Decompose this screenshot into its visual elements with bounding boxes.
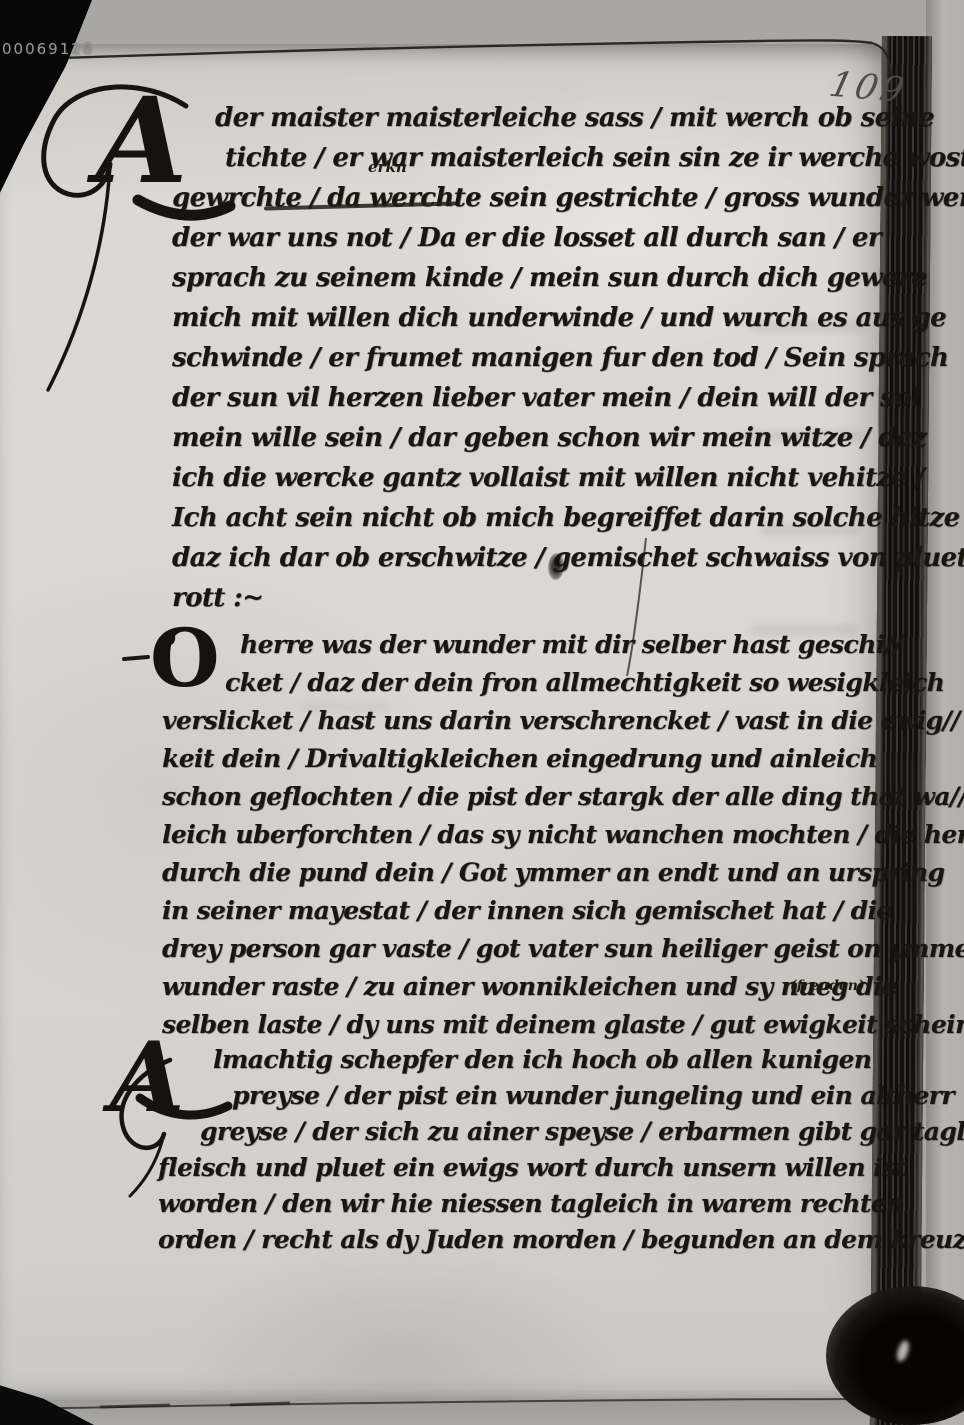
text-line: rott :~	[172, 578, 964, 618]
text-line: tichte / er war maisterleich sein sin ze…	[172, 138, 964, 178]
text-line: leich uberforchten / das sy nicht wanche…	[162, 816, 964, 854]
text-line: der war uns not / Da er die losset all d…	[172, 218, 964, 258]
text-line: sprach zu seinem kinde / mein sun durch …	[172, 258, 964, 298]
scan-code-number: 00069128	[2, 40, 94, 58]
text-line: schon geflochten / die pist der stargk d…	[162, 778, 964, 816]
text-line: greyse / der sich zu ainer speyse / erba…	[158, 1114, 964, 1150]
text-line: fleisch und pluet ein ewigs wort durch u…	[158, 1150, 964, 1186]
text-line: lmachtig schepfer den ich hoch ob allen …	[158, 1042, 964, 1078]
text-line: ich die wercke gantz vollaist mit willen…	[172, 458, 964, 498]
text-line: gewrchte / da werchte sein gestrichte / …	[172, 178, 964, 218]
text-line: mein wille sein / dar geben schon wir me…	[172, 418, 964, 458]
initial-letter-2: O	[150, 618, 220, 698]
initial-letter-3: A	[110, 1030, 184, 1126]
text-line: cket / daz der dein fron allmechtigkeit …	[162, 664, 964, 702]
text-line: schwinde / er frumet manigen fur den tod…	[172, 338, 964, 378]
text-line: preyse / der pist ein wunder jungeling u…	[158, 1078, 964, 1114]
text-line: durch die pund dein / Got ymmer an endt …	[162, 854, 964, 892]
text-line: daz ich dar ob erschwitze / gemischet sc…	[172, 538, 964, 578]
folio-number: 109	[826, 65, 911, 111]
text-line: drey person gar vaste / got vater sun he…	[162, 930, 964, 968]
text-line: orden / recht als dy Juden morden / begu…	[158, 1222, 964, 1258]
interlinear-addition: erkn	[368, 158, 407, 176]
initial-letter-1: A	[96, 82, 188, 200]
text-line: in seiner mayestat / der innen sich gemi…	[162, 892, 964, 930]
text-line: keit dein / Drivaltigkleichen eingedrung…	[162, 740, 964, 778]
text-line: selben laste / dy uns mit deinem glaste …	[162, 1006, 964, 1044]
background-bottom	[0, 1398, 890, 1425]
text-line: worden / den wir hie niessen tagleich in…	[158, 1186, 964, 1222]
text-line: Ich acht sein nicht ob mich begreiffet d…	[172, 498, 964, 538]
text-line: herre was der wunder mit dir selber hast…	[162, 626, 964, 664]
text-line: verslicket / hast uns darin verschrencke…	[162, 702, 964, 740]
paragraph-2: O herre was der wunder mit dir selber ha…	[162, 626, 964, 1044]
paragraph-1: A der maister maisterleiche sass / mit w…	[172, 98, 964, 618]
paragraph-3: A lmachtig schepfer den ich hoch ob alle…	[158, 1042, 964, 1258]
manuscript-scan: 00069128 109 A der maister maisterleiche…	[0, 0, 964, 1425]
text-line: der sun vil herzen lieber vater mein / d…	[172, 378, 964, 418]
text-line: mich mit willen dich underwinde / und wu…	[172, 298, 964, 338]
interlinear-addition: (freuden)	[790, 978, 865, 994]
